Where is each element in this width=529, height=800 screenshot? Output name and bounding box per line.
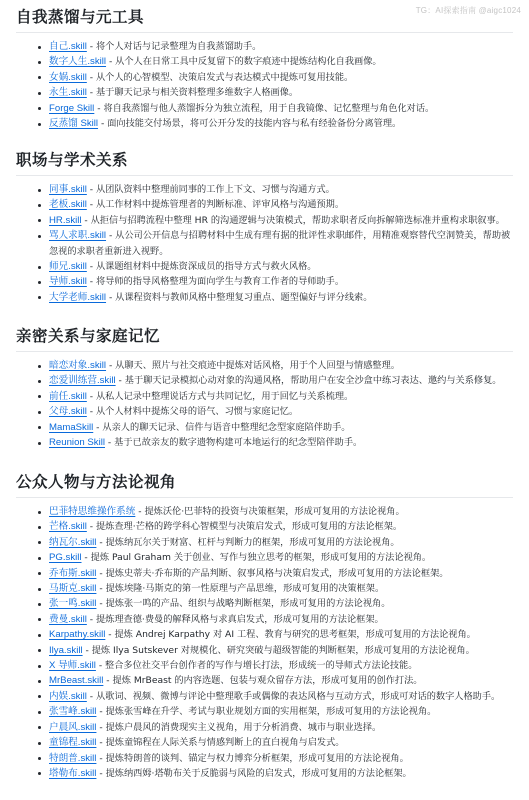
list-item: 导师.skill - 将导师的指导风格整理为面向学生与教育工作者的导师助手。 <box>36 274 513 289</box>
list-item: 暗恋对象.skill - 从聊天、照片与社交痕迹中提炼对话风格，用于个人回望与情… <box>36 358 513 373</box>
skill-link[interactable]: 张一鸣.skill <box>49 598 96 609</box>
list-item: 老板.skill - 从工作材料中提炼管理者的判断标准、评审风格与沟通预期。 <box>36 197 513 212</box>
list-item: 数字人生.skill - 从个人在日常工具中反复留下的数字痕迹中提炼结构化自我画… <box>36 54 513 69</box>
skill-description: - 提炼史蒂夫·乔布斯的产品判断、叙事风格与决策启发式，形成可复用的方法论框架。 <box>96 568 448 579</box>
skill-link[interactable]: 恋爱训练营.skill <box>49 375 116 386</box>
skill-description: - 从课程资料与教师风格中整理复习重点、题型偏好与评分线索。 <box>106 292 372 303</box>
list-item: Karpathy.skill - 提炼 Andrej Karpathy 对 AI… <box>36 627 513 642</box>
list-item: 恋爱训练营.skill - 基于聊天记录模拟心动对象的沟通风格，帮助用户在安全沙… <box>36 373 513 388</box>
list-item: 张雪峰.skill - 提炼张雪峰在升学、考试与职业规划方面的实用框架，形成可复… <box>36 704 513 719</box>
skill-link[interactable]: 数字人生.skill <box>49 56 106 67</box>
list-item: MamaSkill - 从亲人的聊天记录、信件与语音中整理纪念型家庭陪伴助手。 <box>36 420 513 435</box>
list-item: 巴菲特思维操作系统 - 提炼沃伦·巴菲特的投资与决策框架，形成可复用的方法论视角… <box>36 504 513 519</box>
skill-link[interactable]: 张雪峰.skill <box>49 706 96 717</box>
list-item: 费曼.skill - 提炼理查德·费曼的解释风格与求真启发式，形成可复用的方法论… <box>36 612 513 627</box>
list-item: 马斯克.skill - 提炼埃隆·马斯克的第一性原理与产品思维，形成可复用的决策… <box>36 581 513 596</box>
section-intimate-family: 亲密关系与家庭记忆 暗恋对象.skill - 从聊天、照片与社交痕迹中提炼对话风… <box>0 326 529 450</box>
section-heading: 亲密关系与家庭记忆 <box>16 326 513 352</box>
skill-description: - 从公司公开信息与招聘材料中生成有理有据的批评性求职邮件，用精准观察替代空洞赞… <box>49 230 510 256</box>
list-item: Reunion Skill - 基于已故亲友的数字遗物构建可本地运行的纪念型陪伴… <box>36 435 513 450</box>
skill-description: - 提炼查理·芒格的跨学科心智模型与决策启发式，形成可复用的方法论框架。 <box>87 521 402 532</box>
list-item: 户晨风.skill - 提炼户晨风的消费现实主义视角，用于分析消费、城市与职业选… <box>36 720 513 735</box>
skill-link[interactable]: MamaSkill <box>49 422 93 433</box>
skill-description: - 将导师的指导风格整理为面向学生与教育工作者的导师助手。 <box>87 276 344 287</box>
skill-description: - 基于已故亲友的数字遗物构建可本地运行的纪念型陪伴助手。 <box>105 437 362 448</box>
list-item: 同事.skill - 从团队资料中整理前同事的工作上下文、习惯与沟通方式。 <box>36 182 513 197</box>
skill-link[interactable]: HR.skill <box>49 215 82 226</box>
section-workplace-academic: 职场与学术关系 同事.skill - 从团队资料中整理前同事的工作上下文、习惯与… <box>0 150 529 305</box>
skill-description: - 提炼张一鸣的产品、组织与战略判断框架，形成可复用的方法论视角。 <box>96 598 390 609</box>
skill-link[interactable]: 暗恋对象.skill <box>49 360 106 371</box>
list-item: Forge Skill - 将自我蒸馏与他人蒸馏拆分为独立流程，用于自我镜像、记… <box>36 101 513 116</box>
section-heading: 自我蒸馏与元工具 <box>16 7 513 33</box>
list-item: 大学老师.skill - 从课程资料与教师风格中整理复习重点、题型偏好与评分线索… <box>36 290 513 305</box>
list-item: 永生.skill - 基于聊天记录与相关资料整理多维数字人格画像。 <box>36 85 513 100</box>
skill-link[interactable]: 永生.skill <box>49 87 87 98</box>
skill-link[interactable]: PG.skill <box>49 552 82 563</box>
skill-description: - 从个人在日常工具中反复留下的数字痕迹中提炼结构化自我画像。 <box>106 56 382 67</box>
list-item: 前任.skill - 从私人记录中整理说话方式与共同记忆，用于回忆与关系梳理。 <box>36 389 513 404</box>
skill-link[interactable]: 导师.skill <box>49 276 87 287</box>
list-item: 纳瓦尔.skill - 提炼纳瓦尔关于财富、杠杆与判断力的框架，形成可复用的方法… <box>36 535 513 550</box>
skill-link[interactable]: 骂人求职.skill <box>49 230 106 241</box>
skill-description: - 提炼理查德·费曼的解释风格与求真启发式，形成可复用的方法论框架。 <box>87 614 384 625</box>
list-item: 父母.skill - 从个人材料中提炼父母的语气、习惯与家庭记忆。 <box>36 404 513 419</box>
section-heading: 职场与学术关系 <box>16 150 513 176</box>
skill-link[interactable]: 前任.skill <box>49 391 87 402</box>
skill-link[interactable]: 女娲.skill <box>49 72 87 83</box>
skill-link[interactable]: 师兄.skill <box>49 261 87 272</box>
skill-description: - 提炼 Ilya Sutskever 对规模化、研究突破与超级智能的判断框架，… <box>83 645 475 656</box>
list-item: 骂人求职.skill - 从公司公开信息与招聘材料中生成有理有据的批评性求职邮件… <box>36 228 513 259</box>
list-item: 内娱.skill - 从歌词、视频、微博与评论中整理歌手或偶像的表达风格与互动方… <box>36 689 513 704</box>
list-item: MrBeast.skill - 提炼 MrBeast 的内容选题、包装与观众留存… <box>36 673 513 688</box>
skill-description: - 从亲人的聊天记录、信件与语音中整理纪念型家庭陪伴助手。 <box>93 422 350 433</box>
skill-description: - 提炼童锦程在人际关系与情感判断上的直白视角与启发式。 <box>96 737 344 748</box>
skill-link[interactable]: Reunion Skill <box>49 437 105 448</box>
skill-description: - 提炼埃隆·马斯克的第一性原理与产品思维，形成可复用的决策框架。 <box>96 583 384 594</box>
skill-link[interactable]: 纳瓦尔.skill <box>49 537 96 548</box>
list-item: 芒格.skill - 提炼查理·芒格的跨学科心智模型与决策启发式，形成可复用的方… <box>36 519 513 534</box>
skill-description: - 将个人对话与记录整理为自我蒸馏助手。 <box>87 41 262 52</box>
section-public-figures: 公众人物与方法论视角 巴菲特思维操作系统 - 提炼沃伦·巴菲特的投资与决策框架，… <box>0 472 529 781</box>
skill-description: - 提炼张雪峰在升学、考试与职业规划方面的实用框架，形成可复用的方法论视角。 <box>96 706 436 717</box>
skill-link[interactable]: Ilya.skill <box>49 645 83 656</box>
skill-link[interactable]: 巴菲特思维操作系统 <box>49 506 135 517</box>
skill-list: 暗恋对象.skill - 从聊天、照片与社交痕迹中提炼对话风格，用于个人回望与情… <box>16 358 513 450</box>
skill-link[interactable]: MrBeast.skill <box>49 675 103 686</box>
section-self-distillation: 自我蒸馏与元工具 自己.skill - 将个人对话与记录整理为自我蒸馏助手。 数… <box>0 7 529 131</box>
list-item: 女娲.skill - 从个人的心智模型、决策启发式与表达模式中提炼可复用技能。 <box>36 70 513 85</box>
section-heading: 公众人物与方法论视角 <box>16 472 513 498</box>
skill-description: - 整合多位社交平台创作者的写作与增长打法，形成统一的导师式方法论技能。 <box>96 660 418 671</box>
skill-description: - 从歌词、视频、微博与评论中整理歌手或偶像的表达风格与互动方式，形成可对话的数… <box>87 691 500 702</box>
list-item: 特朗普.skill - 提炼特朗普的谈判、锚定与权力博弈分析框架，形成可复用的方… <box>36 751 513 766</box>
list-item: 自己.skill - 将个人对话与记录整理为自我蒸馏助手。 <box>36 39 513 54</box>
skill-link[interactable]: 塔勒布.skill <box>49 768 96 779</box>
skill-description: - 从个人的心智模型、决策启发式与表达模式中提炼可复用技能。 <box>87 72 353 83</box>
list-item: 童锦程.skill - 提炼童锦程在人际关系与情感判断上的直白视角与启发式。 <box>36 735 513 750</box>
skill-list: 自己.skill - 将个人对话与记录整理为自我蒸馏助手。 数字人生.skill… <box>16 39 513 131</box>
skill-description: - 从工作材料中提炼管理者的判断标准、评审风格与沟通预期。 <box>87 199 344 210</box>
skill-description: - 基于聊天记录与相关资料整理多维数字人格画像。 <box>87 87 298 98</box>
skill-description: - 从个人材料中提炼父母的语气、习惯与家庭记忆。 <box>87 406 298 417</box>
skill-link[interactable]: 芒格.skill <box>49 521 87 532</box>
skill-description: - 从拒信与招聘流程中整理 HR 的沟通逻辑与决策模式，帮助求职者反向拆解筛选标… <box>82 215 505 226</box>
skill-link[interactable]: X 导师.skill <box>49 660 96 671</box>
skill-list: 巴菲特思维操作系统 - 提炼沃伦·巴菲特的投资与决策框架，形成可复用的方法论视角… <box>16 504 513 781</box>
skill-description: - 从团队资料中整理前同事的工作上下文、习惯与沟通方式。 <box>87 184 335 195</box>
list-item: 张一鸣.skill - 提炼张一鸣的产品、组织与战略判断框架，形成可复用的方法论… <box>36 596 513 611</box>
skill-link[interactable]: 童锦程.skill <box>49 737 96 748</box>
skill-description: - 基于聊天记录模拟心动对象的沟通风格，帮助用户在安全沙盒中练习表达、邀约与关系… <box>116 375 502 386</box>
list-item: 师兄.skill - 从课题组材料中提炼资深成员的指导方式与救火风格。 <box>36 259 513 274</box>
skill-link[interactable]: 父母.skill <box>49 406 87 417</box>
skill-link[interactable]: 马斯克.skill <box>49 583 96 594</box>
skill-link[interactable]: 内娱.skill <box>49 691 87 702</box>
skill-link[interactable]: 老板.skill <box>49 199 87 210</box>
list-item: 塔勒布.skill - 提炼纳西姆·塔勒布关于反脆弱与风险的启发式，形成可复用的… <box>36 766 513 781</box>
skill-description: - 提炼纳瓦尔关于财富、杠杆与判断力的框架，形成可复用的方法论视角。 <box>96 537 399 548</box>
skill-description: - 从聊天、照片与社交痕迹中提炼对话风格，用于个人回望与情感整理。 <box>106 360 400 371</box>
skill-link[interactable]: 特朗普.skill <box>49 753 96 764</box>
list-item: 乔布斯.skill - 提炼史蒂夫·乔布斯的产品判断、叙事风格与决策启发式，形成… <box>36 566 513 581</box>
skill-description: - 提炼 Paul Graham 关于创业、写作与独立思考的框架，形成可复用的方… <box>82 552 432 563</box>
skill-link[interactable]: 自己.skill <box>49 41 87 52</box>
skill-description: - 从课题组材料中提炼资深成员的指导方式与救火风格。 <box>87 261 317 272</box>
skill-link[interactable]: 户晨风.skill <box>49 722 96 733</box>
list-item: Ilya.skill - 提炼 Ilya Sutskever 对规模化、研究突破… <box>36 643 513 658</box>
skill-link[interactable]: 乔布斯.skill <box>49 568 96 579</box>
skill-link[interactable]: 反蒸馏 Skill <box>49 118 98 129</box>
skill-description: - 面向技能交付场景，将可公开分发的技能内容与私有经验备份分离管理。 <box>98 118 401 129</box>
skill-link[interactable]: 大学老师.skill <box>49 292 106 303</box>
skill-link[interactable]: 费曼.skill <box>49 614 87 625</box>
skill-description: - 从私人记录中整理说话方式与共同记忆，用于回忆与关系梳理。 <box>87 391 353 402</box>
skill-list: 同事.skill - 从团队资料中整理前同事的工作上下文、习惯与沟通方式。 老板… <box>16 182 513 305</box>
list-item: PG.skill - 提炼 Paul Graham 关于创业、写作与独立思考的框… <box>36 550 513 565</box>
skill-link[interactable]: Karpathy.skill <box>49 629 105 640</box>
skill-description: - 提炼沃伦·巴菲特的投资与决策框架，形成可复用的方法论视角。 <box>135 506 404 517</box>
skill-description: - 提炼纳西姆·塔勒布关于反脆弱与风险的启发式，形成可复用的方法论框架。 <box>96 768 411 779</box>
list-item: HR.skill - 从拒信与招聘流程中整理 HR 的沟通逻辑与决策模式，帮助求… <box>36 213 513 228</box>
list-item: 反蒸馏 Skill - 面向技能交付场景，将可公开分发的技能内容与私有经验备份分… <box>36 116 513 131</box>
skill-link[interactable]: Forge Skill <box>49 103 94 114</box>
skill-description: - 将自我蒸馏与他人蒸馏拆分为独立流程，用于自我镜像、记忆整理与角色化对话。 <box>94 103 434 114</box>
skill-description: - 提炼 Andrej Karpathy 对 AI 工程、教育与研究的思考框架，… <box>105 629 476 640</box>
skill-description: - 提炼 MrBeast 的内容选题、包装与观众留存方法，形成可复用的创作打法。 <box>103 675 422 686</box>
skill-description: - 提炼特朗普的谈判、锚定与权力博弈分析框架，形成可复用的方法论视角。 <box>96 753 408 764</box>
skill-description: - 提炼户晨风的消费现实主义视角，用于分析消费、城市与职业选择。 <box>96 722 381 733</box>
list-item: X 导师.skill - 整合多位社交平台创作者的写作与增长打法，形成统一的导师… <box>36 658 513 673</box>
skill-link[interactable]: 同事.skill <box>49 184 87 195</box>
